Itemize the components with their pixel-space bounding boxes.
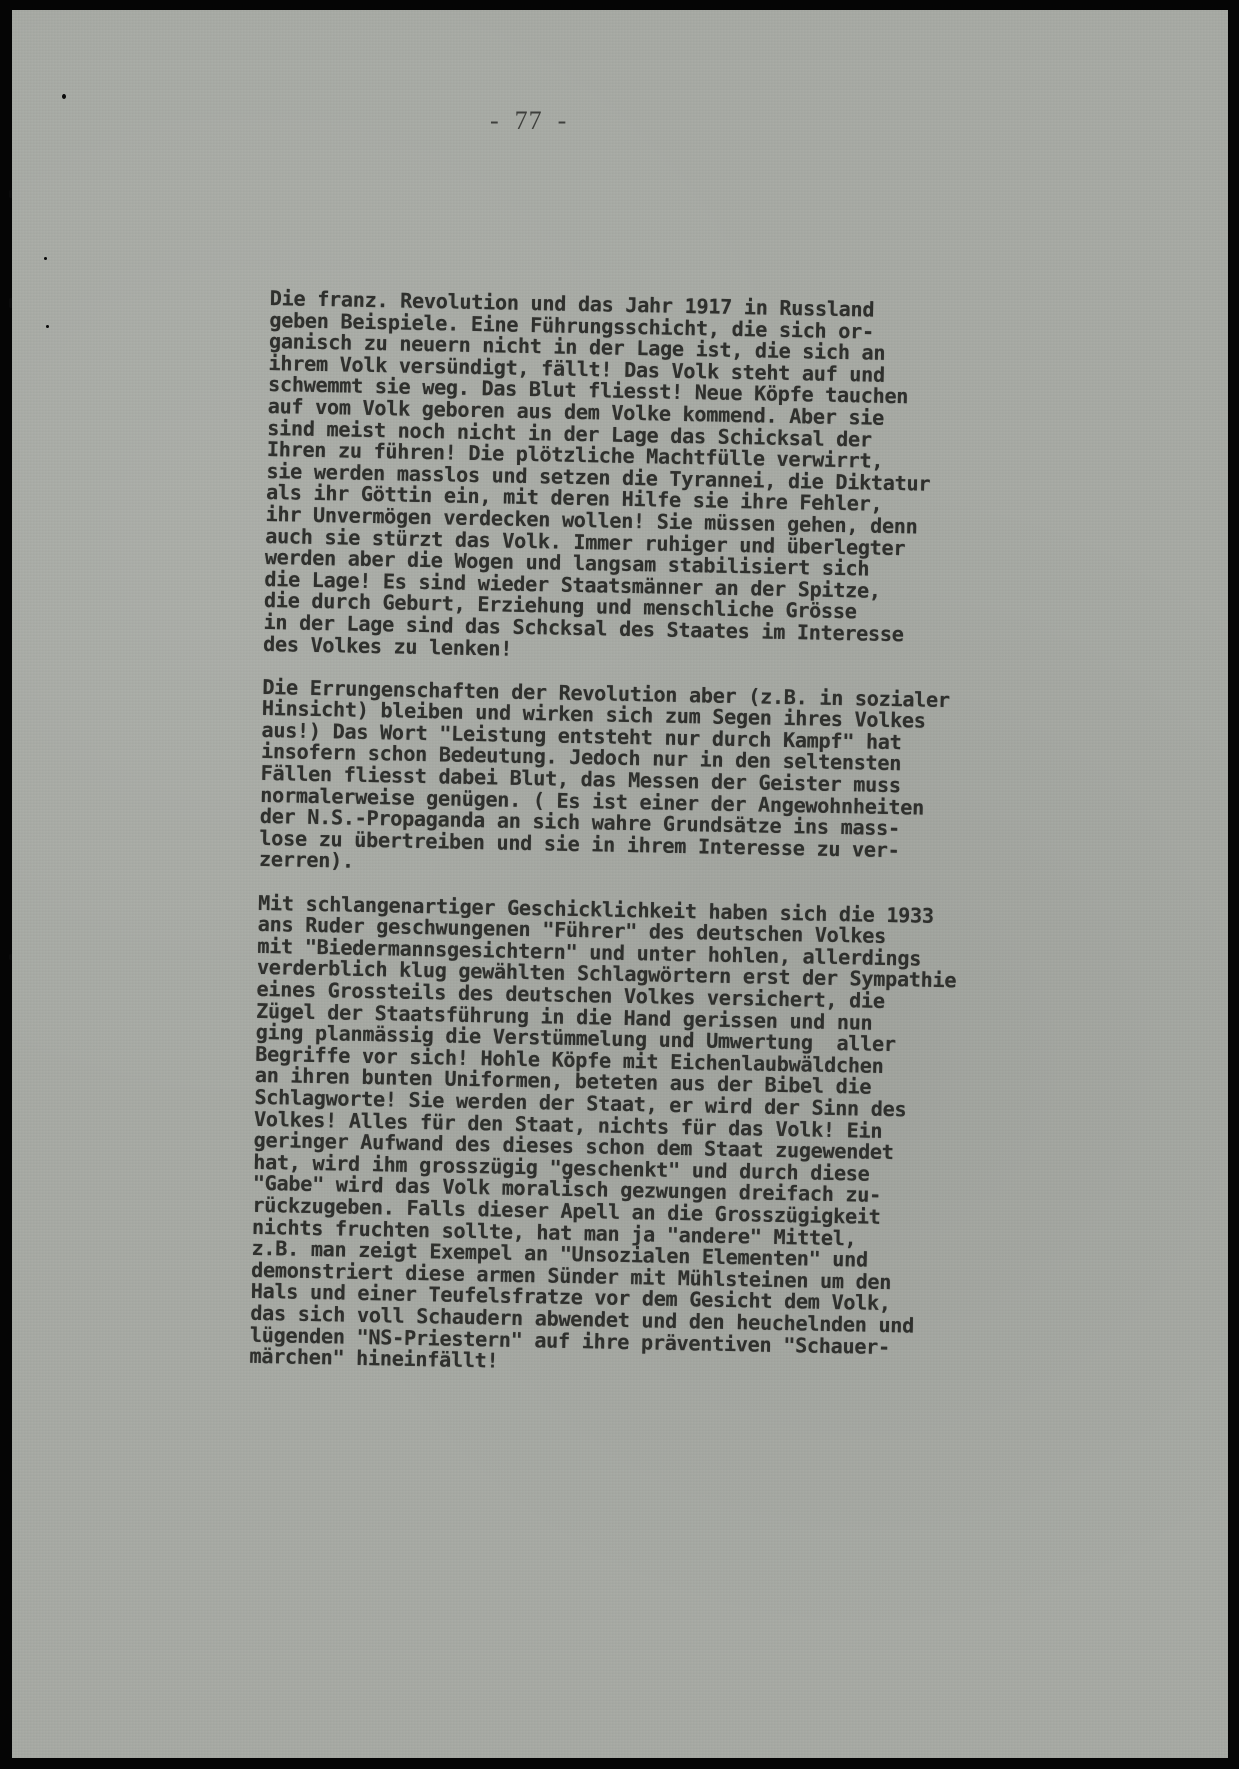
- paragraph-achievements: Die Errungenschaften der Revolution aber…: [259, 677, 1163, 889]
- ink-speck: [44, 257, 47, 260]
- scanned-page: - 77 - Die franz. Revolution und das Jah…: [12, 10, 1228, 1758]
- ink-speck: [46, 325, 49, 328]
- paragraph-revolution: Die franz. Revolution und das Jahr 1917 …: [263, 288, 1170, 672]
- typewritten-body: Die franz. Revolution und das Jahr 1917 …: [249, 288, 1170, 1406]
- paragraph-1933: Mit schlangenartiger Geschicklichkeit ha…: [249, 893, 1158, 1385]
- ink-speck: [62, 94, 66, 99]
- page-number: - 77 -: [490, 106, 567, 136]
